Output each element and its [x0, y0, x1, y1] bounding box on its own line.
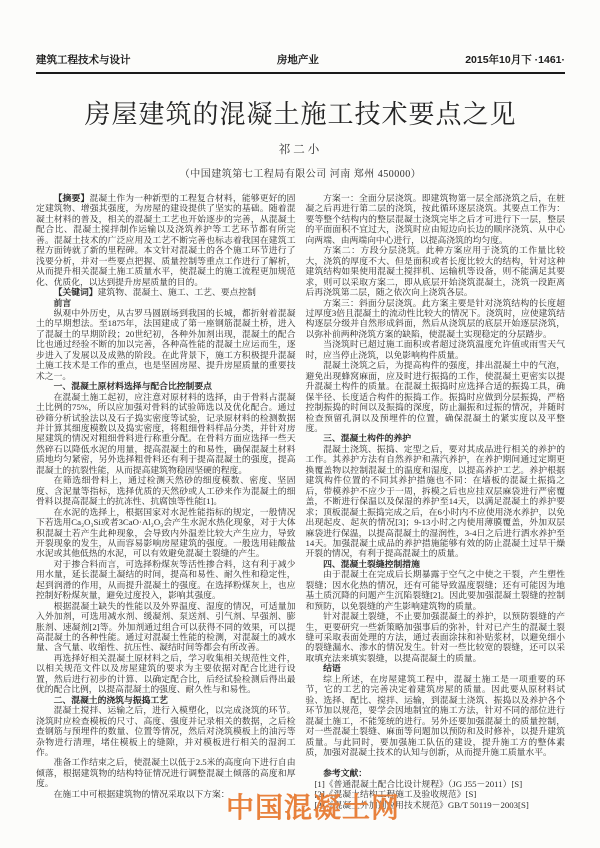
text-block: 混凝土浇筑之后，为提高构件的强度，排出混凝土中的气泡，避免出现蜂窝麻面，应及时进…	[306, 360, 566, 433]
text-block: 对于掺合料而言，可选择粉煤灰等活性掺合料，这有利于减少用水量，延长混凝土凝结的时…	[36, 559, 296, 601]
block-text: 一、混凝土原材料选择与配合比控制要点	[54, 381, 212, 391]
block-text: 当浇筑时已超过施工面积或者超过浇筑温度允许值或雨雪天气时，应当停止浇筑，以免影响…	[306, 339, 566, 359]
text-block: 根据混凝土缺失的性能以及外界温度、湿度的情况，可适量加入外加剂，可选用减水剂、缓…	[36, 601, 296, 653]
text-block: 【关键词】建筑物、混凝土、施工、工艺、要点控制	[36, 287, 296, 297]
block-text: 混凝土作为一种新型的工程复合材料，能够更好的固定建筑物、增强其强度，为房屋的建设…	[36, 193, 296, 287]
block-text: 方案三：斜面分层浇筑。此方案主要是针对浇筑结构的长度超过厚度3倍且混凝土的流动性…	[306, 298, 566, 339]
block-text: 二、混凝土的浇筑与振捣工艺	[54, 695, 168, 705]
text-block: 准备工作结束之后，使混凝土以低于2.5米的高度向下进行自由倾落，根据建筑物的结构…	[36, 757, 296, 788]
text-block: 在筛选细骨料上，通过检测天然砂的细度模数、密度、坚固度、含泥量等指标，选择优质的…	[36, 475, 296, 506]
block-text: 综上所述，在房屋建筑工程中，混凝土施工是一项重要的环节，它的工艺的完善决定着建筑…	[306, 674, 566, 757]
block-text: 结语	[323, 663, 341, 673]
block-text: 方案一：全面分层浇筑。即建筑物第一层全部浇筑之后，在桩凝之后再进行第二层的浇筑，…	[306, 193, 566, 245]
journal-name: 建筑工程技术与设计	[36, 52, 131, 67]
block-text: 对于掺合料而言，可选择粉煤灰等活性掺合料，这有利于减少用水量，延长混凝土凝结的时…	[36, 559, 296, 600]
text-block: 一、混凝土原材料选择与配合比控制要点	[36, 381, 296, 391]
author-affiliation: （中国建筑第七工程局有限公司 河南 郑州 450000）	[36, 165, 565, 180]
block-text: 混凝土浇筑之后，为提高构件的强度，排出混凝土中的气泡，避免出现蜂窝麻面，应及时进…	[306, 360, 566, 433]
column-name: 房地产业	[277, 52, 319, 67]
article-title: 房屋建筑的混凝土施工技术要点之见	[36, 94, 565, 131]
block-text: 建筑物、混凝土、施工、工艺、要点控制	[98, 287, 256, 297]
text-block: 【摘要】混凝土作为一种新型的工程复合材料，能够更好的固定建筑物、增强其强度，为房…	[36, 193, 296, 287]
text-block: 在水泥的选择上，根据国家对水泥性能指标的规定，一般情况下若选用Ca₂O₃Si或者…	[36, 507, 296, 559]
text-block: 混凝土浇筑、振捣、定型之后，要对其成品进行相关的养护的工作。其养护方法有自然养护…	[306, 444, 566, 559]
block-text: 在混凝土施工起初，应注意对原材料的选择，由于骨料占混凝土比例的75%，所以应加强…	[36, 392, 296, 475]
text-block: 参考文献：	[306, 768, 566, 778]
text-block: 方案二：方段分层浇筑。此种方案应用于浇筑的工作量比较大，浇筑的厚度不大、但是面积…	[306, 245, 566, 297]
block-text: 根据混凝土缺失的性能以及外界温度、湿度的情况，可适量加入外加剂，可选用减水剂、缓…	[36, 601, 296, 653]
right-column: 方案一：全面分层浇筑。即建筑物第一层全部浇筑之后，在桩凝之后再进行第二层的浇筑，…	[306, 193, 566, 810]
paper-page: 建筑工程技术与设计 房地产业 2015年10月下 ·1461· 房屋建筑的混凝土…	[0, 0, 600, 848]
left-column: 【摘要】混凝土作为一种新型的工程复合材料，能够更好的固定建筑物、增强其强度，为房…	[36, 193, 296, 810]
block-text: 前言	[54, 298, 72, 308]
block-text: 四、混凝土裂缝控制措施	[323, 559, 420, 569]
block-text: 再选择好相关混凝土原材料之后，学习收集相关规范性文件，以相关规范文件以及房屋建筑…	[36, 653, 296, 694]
block-text: 在水泥的选择上，根据国家对水泥性能指标的规定，一般情况下若选用Ca₂O₃Si或者…	[36, 507, 296, 559]
block-text: 混凝土搅拌、运输之后，进行入模塑化，以完成浇筑的环节。浇筑时应检查模板的尺寸、高…	[36, 705, 296, 757]
block-text: 在施工中可根据建筑物的情况采取以下方案：	[54, 789, 230, 799]
block-text: 参考文献：	[323, 768, 367, 778]
text-block: 三、混凝土构件的养护	[306, 433, 566, 443]
block-label: 【关键词】	[54, 287, 98, 297]
author-name: 祁二小	[36, 141, 565, 157]
block-label: 【摘要】	[54, 193, 90, 203]
block-text: 针对混凝土裂缝，不止要加强混凝土的养护，以预防裂缝的产生，更要研究一些新策略加强…	[306, 611, 566, 663]
block-text: 三、混凝土构件的养护	[323, 433, 411, 443]
block-text: 混凝土浇筑、振捣、定型之后，要对其成品进行相关的养护的工作。其养护方法有自然养护…	[306, 444, 566, 559]
text-block: 当浇筑时已超过施工面积或者超过浇筑温度允许值或雨雪天气时，应当停止浇筑，以免影响…	[306, 339, 566, 360]
watermark-logo: 中国混凝土网	[226, 786, 400, 826]
text-block: 在混凝土施工起初，应注意对原材料的选择，由于骨料占混凝土比例的75%，所以应加强…	[36, 392, 296, 476]
block-text: 在筛选细骨料上，通过检测天然砂的细度模数、密度、坚固度、含泥量等指标，选择优质的…	[36, 475, 296, 506]
block-text: 纵观中外历史，从古罗马圆剧场到我国的长城，都折射着混凝土的早期想法。至1875年…	[36, 308, 296, 381]
block-text: 准备工作结束之后，使混凝土以低于2.5米的高度向下进行自由倾落，根据建筑物的结构…	[36, 757, 296, 788]
text-block: 二、混凝土的浇筑与振捣工艺	[36, 695, 296, 705]
block-text: 由于混凝土在完成后长期暴露于空气之中使之干裂，产生塑性裂缝；因水化热的情况，还有…	[306, 569, 566, 610]
text-block: 结语	[306, 663, 566, 673]
page-header: 建筑工程技术与设计 房地产业 2015年10月下 ·1461·	[36, 52, 565, 74]
text-block: 综上所述，在房屋建筑工程中，混凝土施工是一项重要的环节，它的工艺的完善决定着建筑…	[306, 674, 566, 758]
issue-page-info: 2015年10月下 ·1461·	[465, 52, 565, 67]
text-block: 混凝土搅拌、运输之后，进行入模塑化，以完成浇筑的环节。浇筑时应检查模板的尺寸、高…	[36, 705, 296, 757]
block-text: 方案二：方段分层浇筑。此种方案应用于浇筑的工作量比较大，浇筑的厚度不大、但是面积…	[306, 245, 566, 297]
text-block: 方案三：斜面分层浇筑。此方案主要是针对浇筑结构的长度超过厚度3倍且混凝土的流动性…	[306, 298, 566, 340]
text-block: 纵观中外历史，从古罗马圆剧场到我国的长城，都折射着混凝土的早期想法。至1875年…	[36, 308, 296, 381]
text-block: 四、混凝土裂缝控制措施	[306, 559, 566, 569]
text-block: 再选择好相关混凝土原材料之后，学习收集相关规范性文件，以相关规范文件以及房屋建筑…	[36, 653, 296, 695]
text-block: 前言	[36, 298, 296, 308]
text-block: 方案一：全面分层浇筑。即建筑物第一层全部浇筑之后，在桩凝之后再进行第二层的浇筑，…	[306, 193, 566, 245]
article-body: 【摘要】混凝土作为一种新型的工程复合材料，能够更好的固定建筑物、增强其强度，为房…	[36, 193, 565, 810]
text-block: 由于混凝土在完成后长期暴露于空气之中使之干裂，产生塑性裂缝；因水化热的情况，还有…	[306, 569, 566, 611]
text-block: 针对混凝土裂缝，不止要加强混凝土的养护，以预防裂缝的产生，更要研究一些新策略加强…	[306, 611, 566, 663]
